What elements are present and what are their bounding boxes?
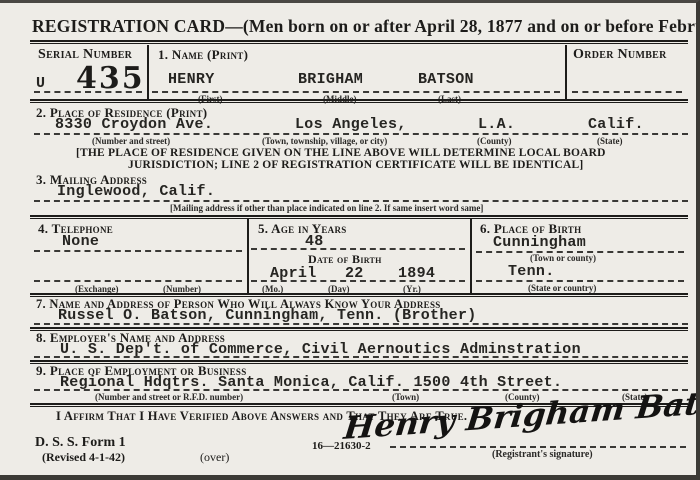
dob-line — [251, 280, 465, 282]
name-first-value: HENRY — [168, 71, 215, 88]
name-line — [152, 91, 560, 93]
contact-line — [34, 323, 688, 325]
telephone-line1 — [34, 250, 242, 252]
employment-sub-town: (Town) — [392, 392, 419, 402]
name-order-divider — [565, 45, 567, 99]
name-last-value: BATSON — [418, 71, 474, 88]
card-title-row: REGISTRATION CARD—(Men born on or after … — [32, 16, 700, 37]
mailing-sub: [Mailing address if other than place ind… — [170, 203, 483, 213]
birth-state-line — [476, 280, 684, 282]
registration-card: REGISTRATION CARD—(Men born on or after … — [0, 0, 700, 480]
residence-sub-state: (State) — [597, 136, 623, 146]
age-birth-divider — [470, 219, 472, 293]
residence-notice-line2: JURISDICTION; LINE 2 OF REGISTRATION CER… — [128, 159, 583, 171]
contact-value: Russel O. Batson, Cunningham, Tenn. (Bro… — [58, 307, 477, 324]
card-subtitle: —(Men born on or after April 28, 1877 an… — [225, 16, 700, 36]
name-label: 1. Name (Print) — [158, 47, 248, 63]
serial-line — [34, 91, 142, 93]
row3-divider — [30, 215, 688, 219]
age-line — [251, 248, 465, 250]
birth-sub-town: (Town or county) — [530, 253, 596, 263]
residence-street-value: 8330 Croydon Ave. — [55, 116, 213, 133]
residence-sub-county: (County) — [477, 136, 512, 146]
birth-state-value: Tenn. — [508, 263, 555, 280]
header-divider — [30, 40, 688, 44]
birth-town-value: Cunningham — [493, 234, 586, 251]
residence-line — [34, 133, 688, 135]
residence-sub-city: (Town, township, village, or city) — [262, 136, 387, 146]
form-number: D. S. S. Form 1 — [35, 435, 126, 451]
over-note: (over) — [200, 450, 229, 465]
residence-state-value: Calif. — [588, 116, 644, 133]
age-label: 5. Age in Years — [258, 221, 347, 237]
card-title: REGISTRATION CARD — [32, 16, 225, 36]
form-revised: (Revised 4-1-42) — [42, 450, 125, 465]
residence-county-value: L.A. — [478, 116, 515, 133]
signature-line — [390, 446, 686, 448]
mailing-value: Inglewood, Calif. — [57, 183, 215, 200]
order-number-label: Order Number — [573, 47, 667, 63]
employment-sub-street: (Number and street or R.F.D. number) — [95, 392, 243, 402]
telephone-line2 — [34, 280, 242, 282]
mailing-line — [34, 200, 688, 202]
residence-sub-street: (Number and street) — [92, 136, 170, 146]
serial-name-divider — [147, 45, 149, 99]
residence-city-value: Los Angeles, — [295, 116, 407, 133]
telephone-value: None — [62, 233, 99, 250]
employer-line — [34, 356, 688, 358]
employment-line — [34, 389, 688, 391]
residence-notice-line1: [THE PLACE OF RESIDENCE GIVEN ON THE LIN… — [76, 147, 606, 159]
signature-sub-label: (Registrant's signature) — [492, 449, 593, 460]
serial-prefix: U — [36, 75, 45, 92]
birth-sub-state: (State or country) — [528, 283, 596, 293]
telephone-age-divider — [247, 219, 249, 293]
order-line — [572, 91, 682, 93]
row1-divider — [30, 99, 688, 103]
name-middle-value: BRIGHAM — [298, 71, 363, 88]
